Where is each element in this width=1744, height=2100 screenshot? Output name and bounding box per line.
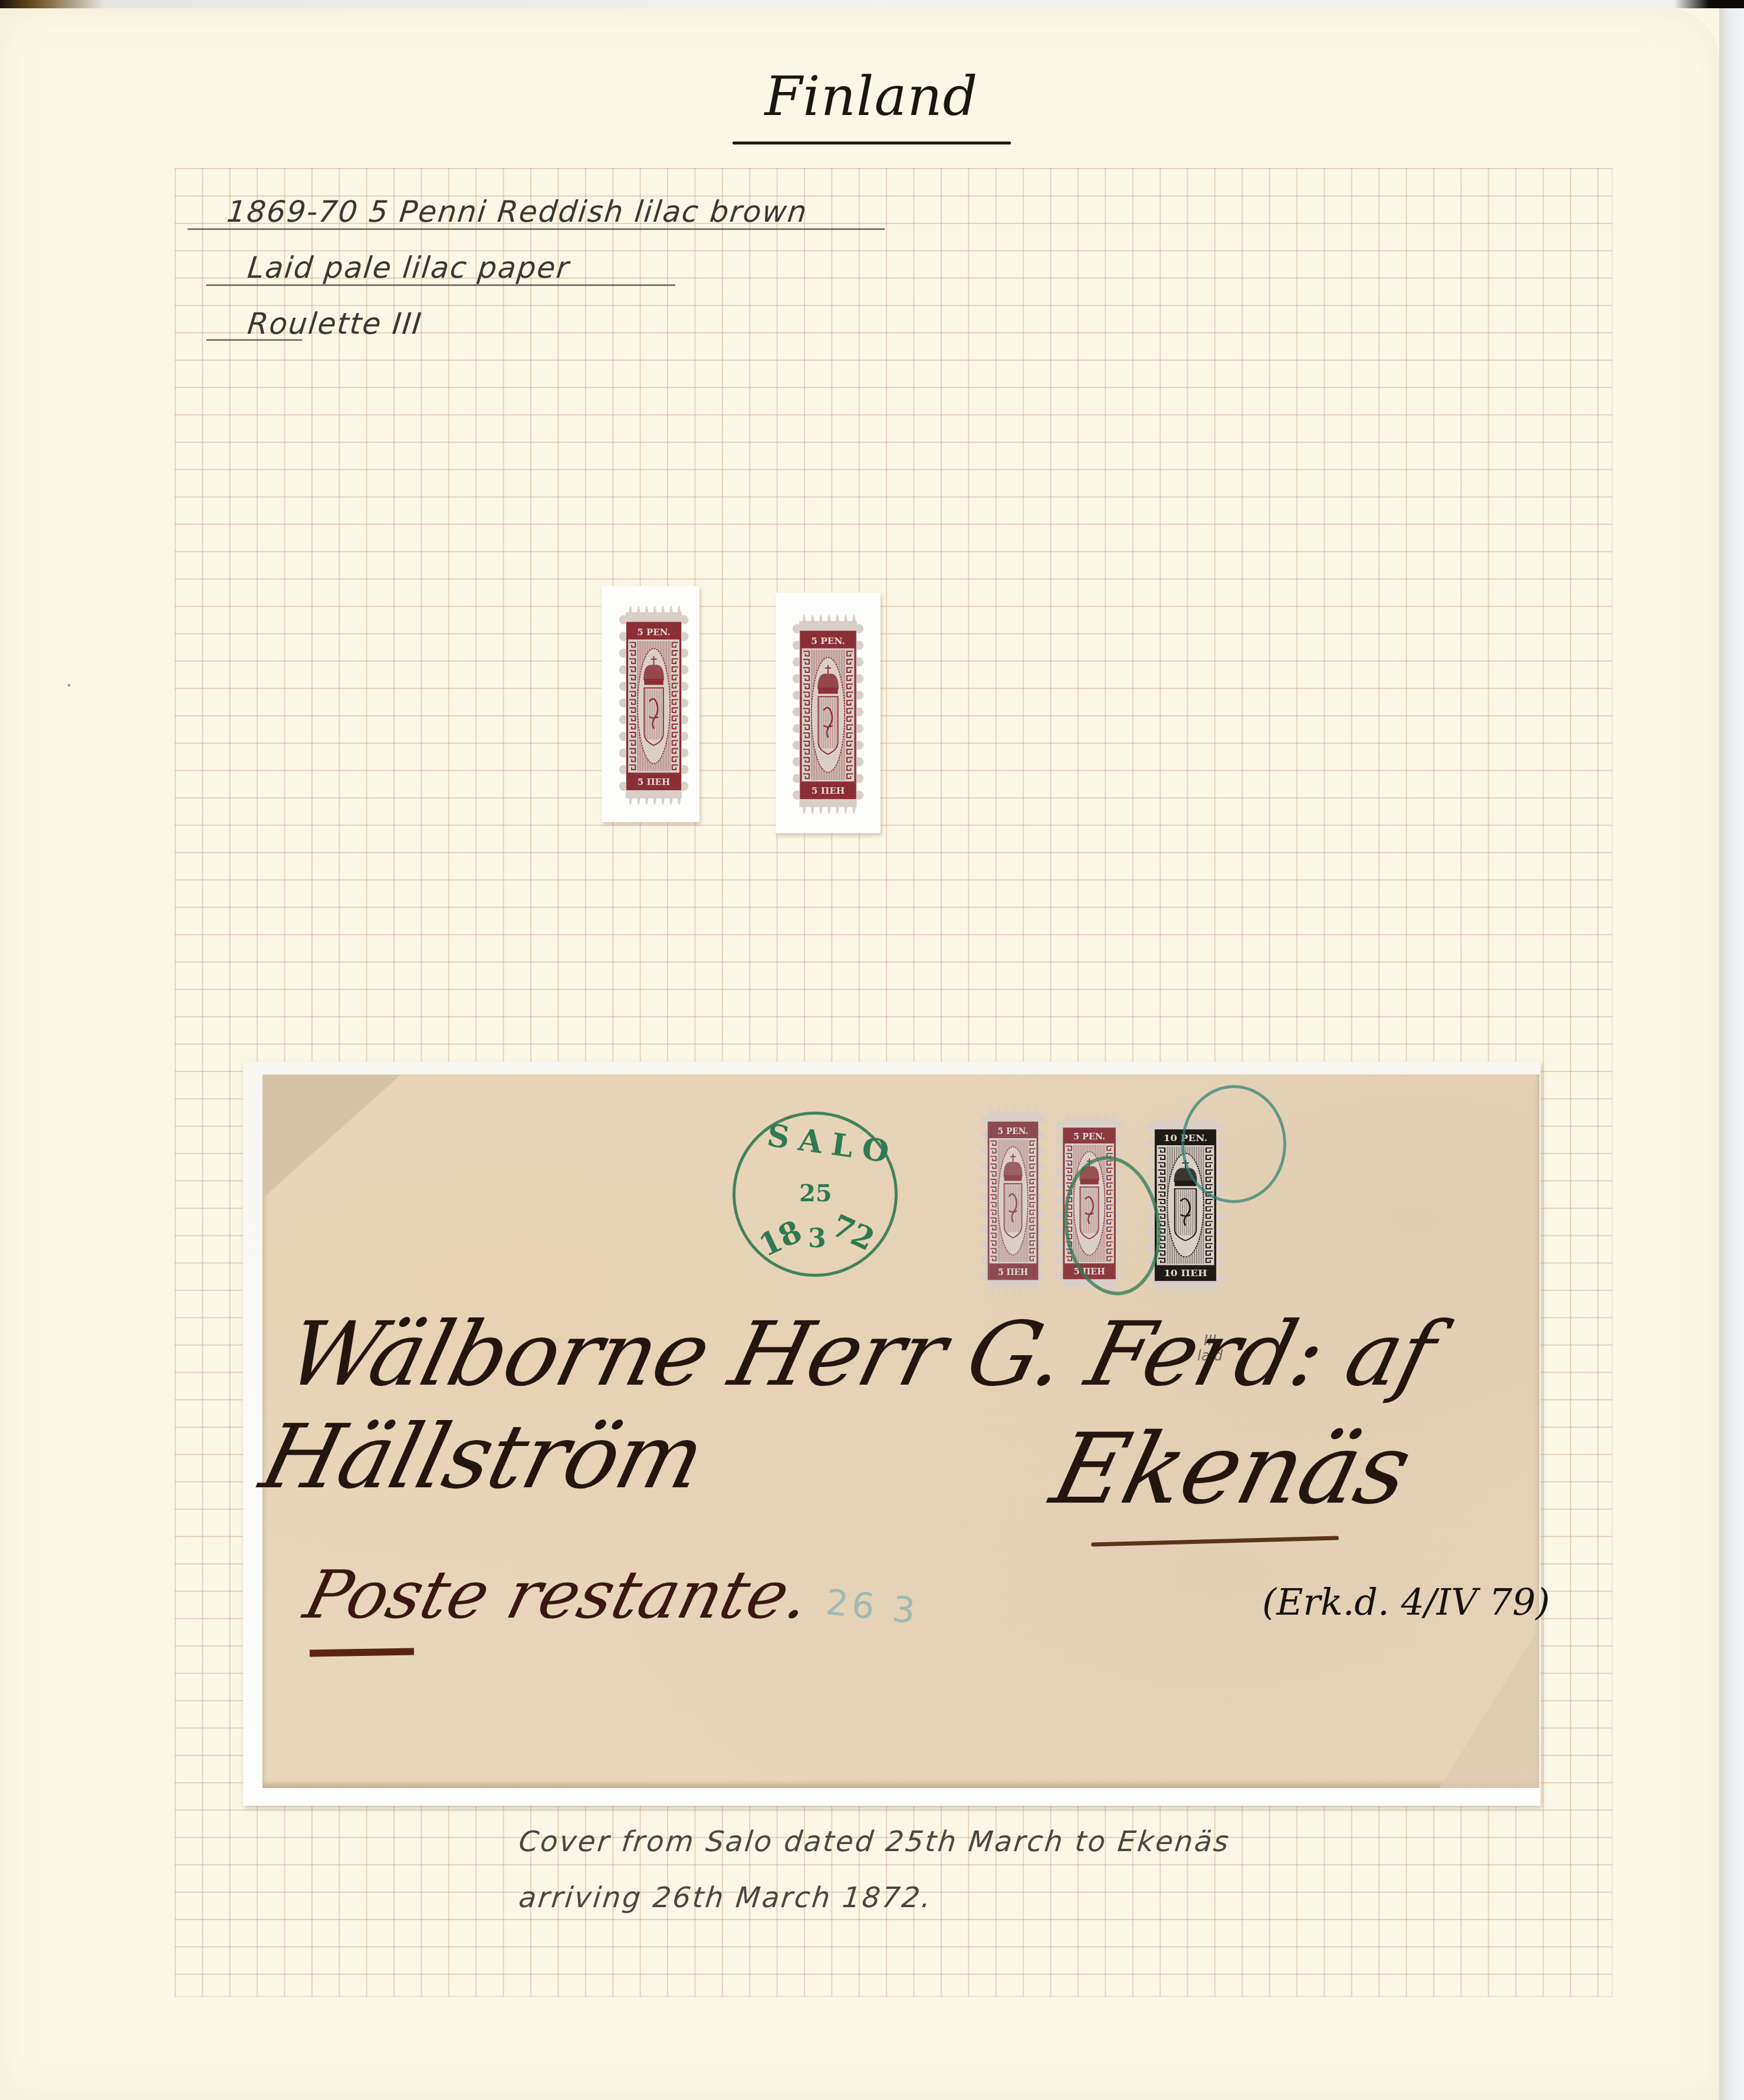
svg-text:5 PEN.: 5 PEN. [637, 627, 670, 637]
svg-text:5 PEN.: 5 PEN. [998, 1126, 1029, 1136]
note-issue: 1869-70 5 Penni Reddish lilac brown [225, 195, 809, 229]
note-paper: Laid pale lilac paper [246, 251, 572, 285]
svg-text:10 ПЕН: 10 ПЕН [1164, 1268, 1207, 1278]
stamp-5-penni-2[interactable]: 5 PEN.5 ПЕН [790, 604, 866, 824]
stamp-cancel-2 [1181, 1085, 1286, 1203]
scan-edge-top [0, 0, 1744, 8]
svg-text:5 PEN.: 5 PEN. [1073, 1132, 1105, 1142]
scan-edge-right [1719, 8, 1744, 2100]
svg-text:5 ПЕН: 5 ПЕН [638, 777, 670, 787]
svg-text:5 ПЕН: 5 ПЕН [998, 1267, 1028, 1277]
cover-stamp-5-penni-1[interactable]: 5 PEN.5 ПЕН [979, 1097, 1047, 1303]
svg-text:5 PEN.: 5 PEN. [811, 636, 845, 646]
note-paper-underline [206, 284, 675, 286]
note-roulette-underline [206, 339, 302, 341]
caption-line-1: Cover from Salo dated 25th March to Eken… [517, 1825, 1232, 1858]
svg-text:5 ПЕН: 5 ПЕН [812, 786, 845, 796]
page-mark [68, 684, 70, 686]
title-underline [733, 142, 1011, 144]
postmark-month: 3 [808, 1224, 826, 1254]
stamp-5-penni-1[interactable]: 5 PEN.5 ПЕН [617, 596, 691, 815]
note-roulette: Roulette III [246, 307, 424, 341]
address-line-2: Ekenäs [1042, 1412, 1421, 1526]
page-title: Finland [731, 65, 1011, 128]
postmark-day: 25 [799, 1179, 832, 1207]
receipt-annotation: (Erk.d. 4/IV 79) [1262, 1580, 1550, 1624]
note-issue-underline [188, 228, 885, 230]
address-line-1: Wälborne Herr G. Ferd: af Hällström [252, 1303, 1744, 1509]
caption-line-2: arriving 26th March 1872. [517, 1881, 934, 1914]
poste-restante: Poste restante. [297, 1557, 818, 1634]
